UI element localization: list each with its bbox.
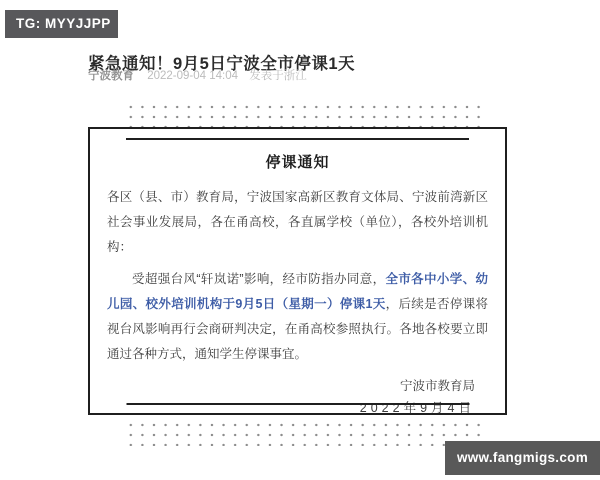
notice-card: 停课通知 各区（县、市）教育局，宁波国家高新区教育文体局、宁波前湾新区社会事业发… — [88, 127, 507, 415]
notice-salutation: 各区（县、市）教育局，宁波国家高新区教育文体局、宁波前湾新区社会事业发展局，各在… — [107, 185, 488, 260]
source-account-link[interactable]: 宁波教育 — [88, 70, 134, 82]
site-watermark: www.fangmigs.com — [445, 441, 600, 475]
dot-pattern-bottom — [125, 420, 482, 446]
publish-location: 发表于浙江 — [249, 70, 307, 82]
notice-body-prefix: 受超强台风“轩岚诺”影响，经市防指办同意， — [132, 272, 385, 286]
notice-signature: 宁波市教育局 2022年9月4日 — [90, 375, 475, 419]
telegram-channel-badge: TG: MYYJJPP — [5, 10, 118, 38]
notice-heading: 停课通知 — [90, 151, 505, 172]
notice-signer: 宁波市教育局 — [90, 375, 475, 397]
dot-pattern-top — [125, 102, 487, 128]
publish-timestamp: 2022-09-04 14:04 — [147, 70, 238, 82]
notice-bottom-rule — [126, 403, 469, 405]
notice-top-rule — [126, 138, 469, 140]
notice-date: 2022年9月4日 — [90, 397, 475, 419]
article-byline: 宁波教育 2022-09-04 14:04 发表于浙江 — [88, 67, 307, 83]
notice-body: 受超强台风“轩岚诺”影响，经市防指办同意，全市各中小学、幼儿园、校外培训机构于9… — [107, 267, 488, 367]
